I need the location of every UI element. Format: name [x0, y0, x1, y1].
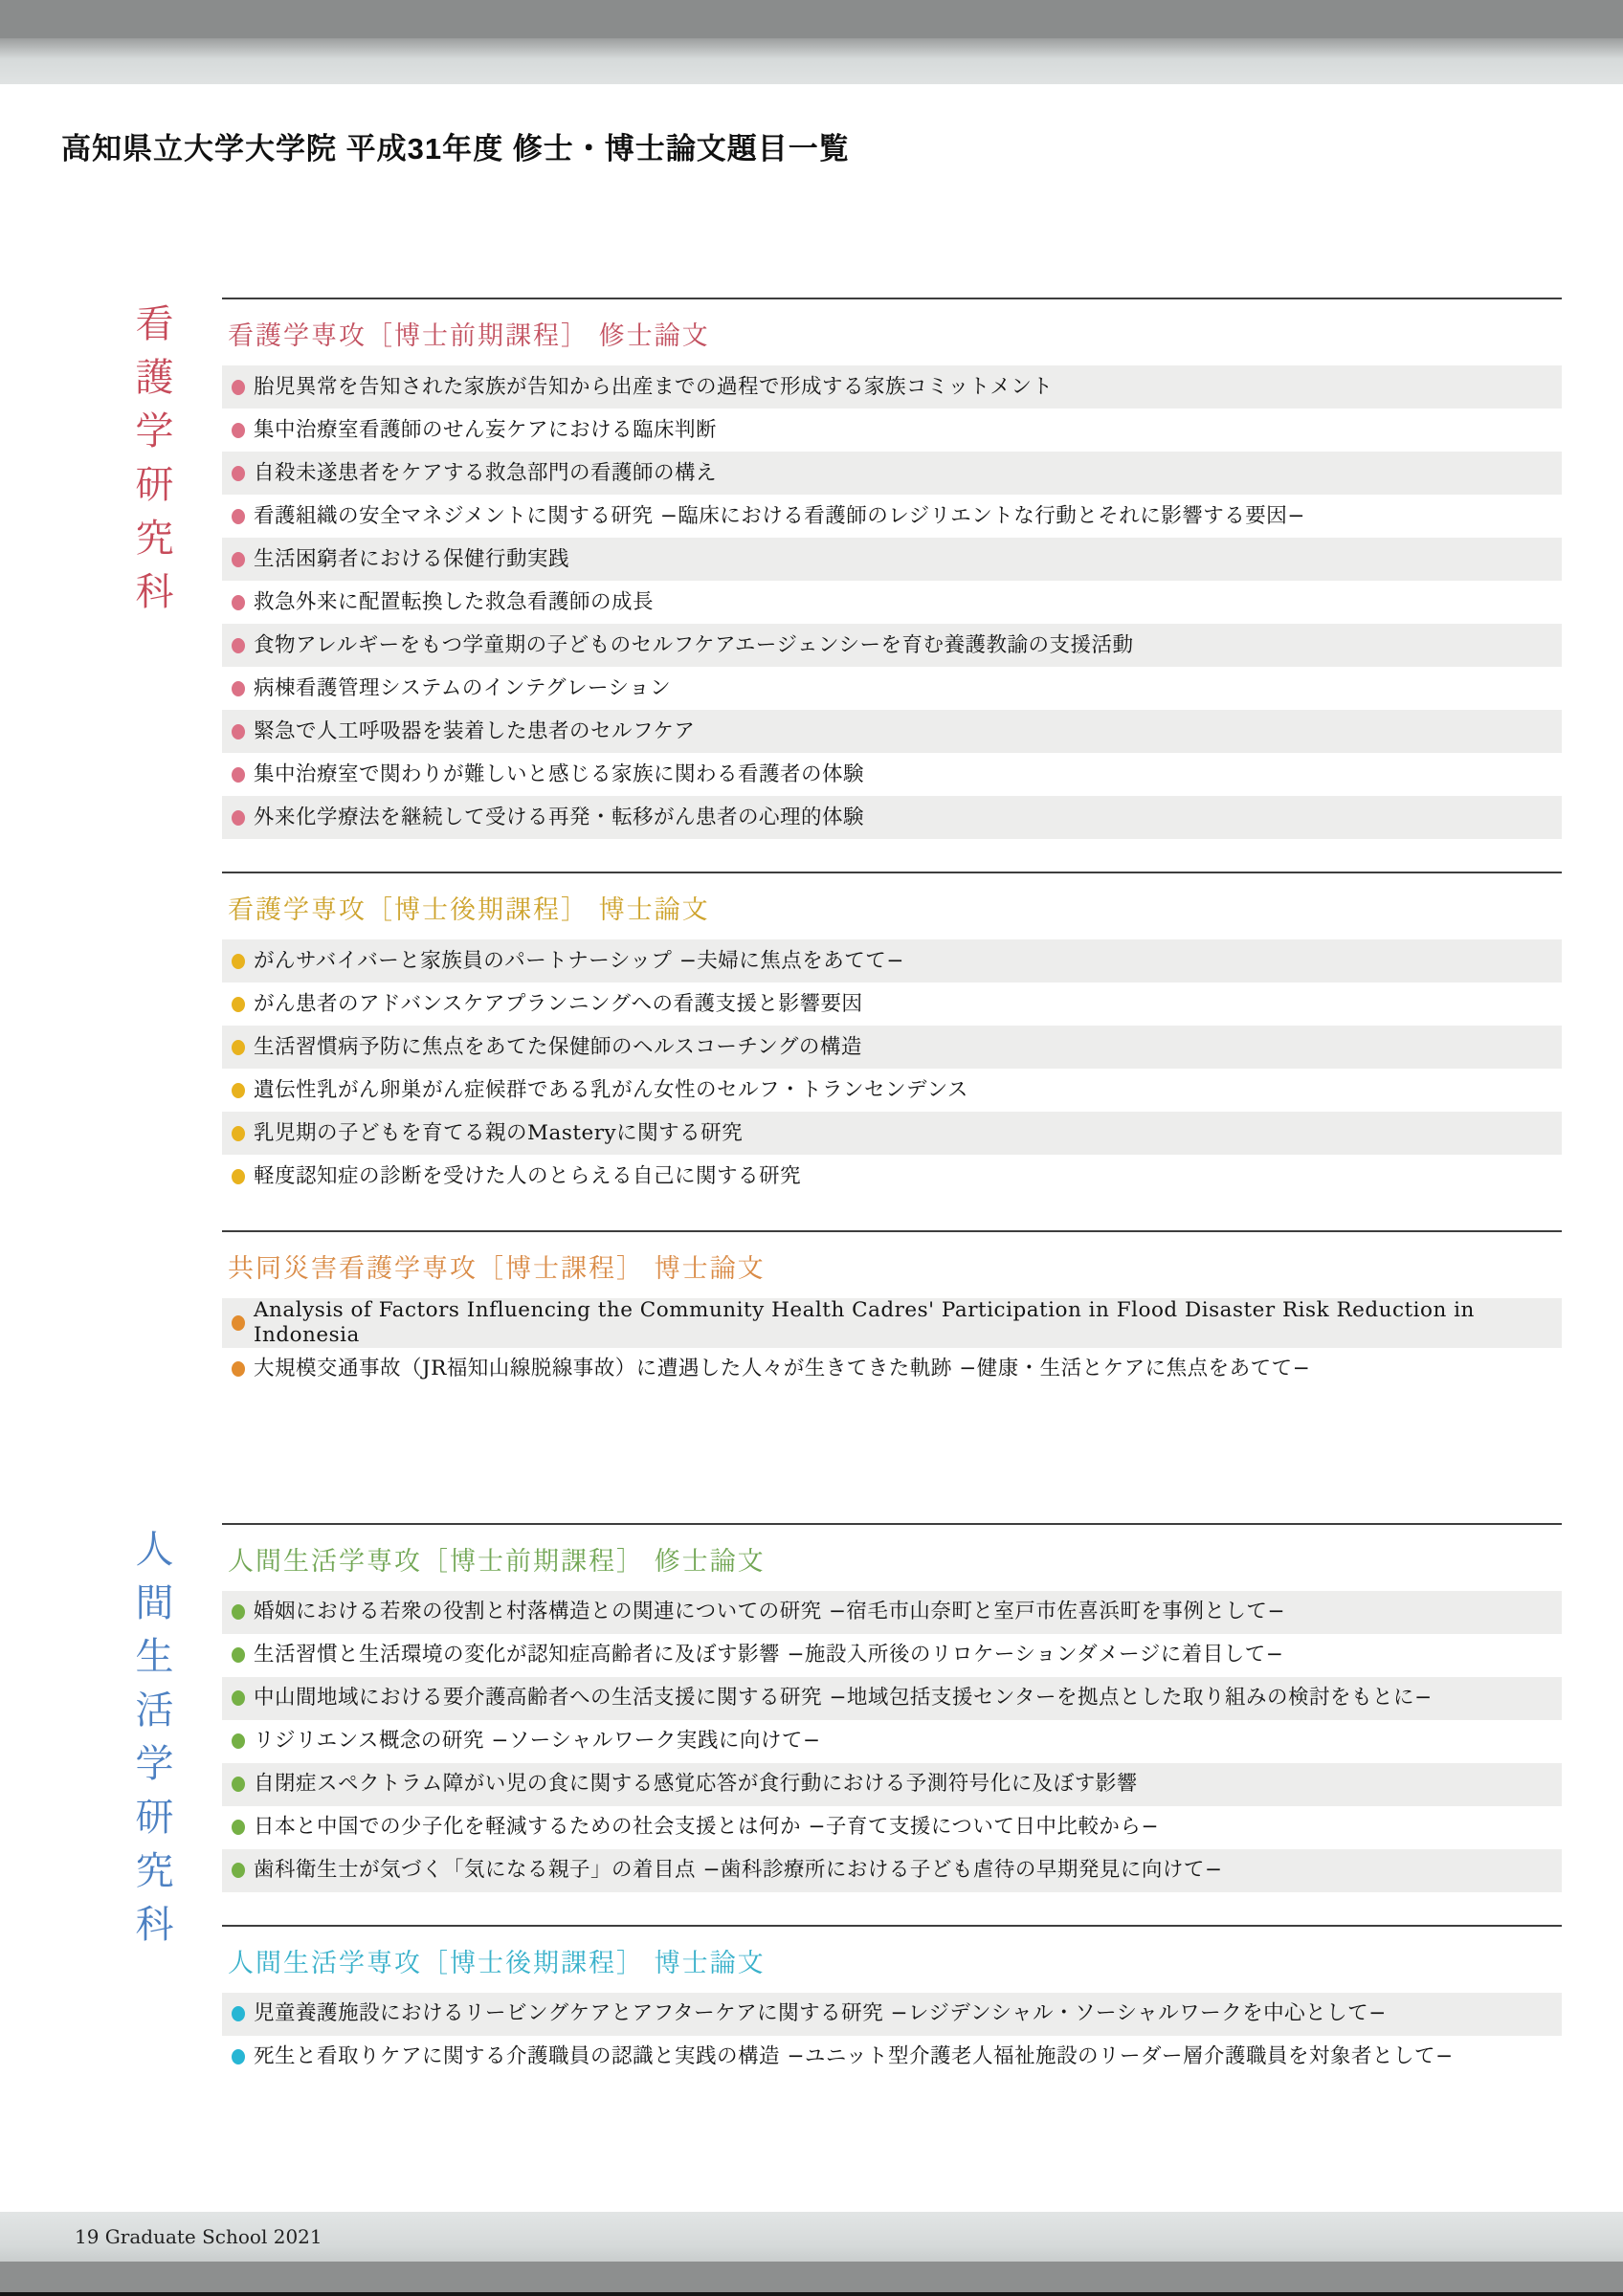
bullet-icon	[232, 423, 245, 438]
thesis-title-text: 自殺未遂患者をケアする救急部門の看護師の構え	[254, 461, 717, 486]
bullet-icon	[232, 724, 245, 740]
thesis-title-text: がん患者のアドバンスケアプランニングへの看護支援と影響要因	[254, 992, 863, 1017]
page-top-edge	[0, 38, 1623, 84]
thesis-row: がん患者のアドバンスケアプランニングへの看護支援と影響要因	[222, 982, 1562, 1026]
section-divider-line	[222, 298, 1562, 299]
research-group: 看護学研究科看護学専攻［博士前期課程］ 修士論文胎児異常を告知された家族が告知か…	[132, 298, 1623, 1424]
thesis-row: Analysis of Factors Influencing the Comm…	[222, 1298, 1562, 1348]
thesis-row: 集中治療室で関わりが難しいと感じる家族に関わる看護者の体験	[222, 753, 1562, 796]
thesis-title-text: 生活習慣病予防に焦点をあてた保健師のヘルスコーチングの構造	[254, 1035, 862, 1060]
thesis-title-text: がんサバイバーと家族員のパートナーシップ −夫婦に焦点をあてて−	[254, 949, 904, 974]
section-title: 共同災害看護学専攻［博士課程］ 博士論文	[228, 1247, 1562, 1285]
thesis-title-text: 日本と中国での少子化を軽減するための社会支援とは何か −子育て支援について日中比…	[254, 1815, 1159, 1840]
thesis-row: 自殺未遂患者をケアする救急部門の看護師の構え	[222, 452, 1562, 495]
thesis-row: 乳児期の子どもを育てる親のMasteryに関する研究	[222, 1112, 1562, 1155]
section-title: 看護学専攻［博士後期課程］ 博士論文	[228, 889, 1562, 926]
bullet-icon	[232, 1647, 245, 1663]
thesis-title-text: 死生と看取りケアに関する介護職員の認識と実践の構造 −ユニット型介護老人福祉施設…	[254, 2044, 1454, 2069]
thesis-section: 共同災害看護学専攻［博士課程］ 博士論文Analysis of Factors …	[222, 1230, 1562, 1391]
bullet-icon	[232, 380, 245, 395]
bullet-icon	[232, 1863, 245, 1878]
section-title: 看護学専攻［博士前期課程］ 修士論文	[228, 315, 1562, 352]
thesis-row: 中山間地域における要介護高齢者への生活支援に関する研究 −地域包括支援センターを…	[222, 1677, 1562, 1720]
thesis-title-text: 看護組織の安全マネジメントに関する研究 −臨床における看護師のレジリエントな行動…	[254, 504, 1305, 529]
section-divider-line	[222, 1230, 1562, 1232]
thesis-title-text: 食物アレルギーをもつ学童期の子どものセルフケアエージェンシーを育む養護教諭の支援…	[254, 633, 1134, 658]
bullet-icon	[232, 1315, 245, 1331]
group-sidebar: 人間生活学研究科	[132, 1523, 222, 2111]
thesis-title-text: 緊急で人工呼吸器を装着した患者のセルフケア	[254, 719, 695, 744]
sections-column: 看護学専攻［博士前期課程］ 修士論文胎児異常を告知された家族が告知から出産までの…	[222, 298, 1562, 1424]
thesis-title-text: 病棟看護管理システムのインテグレーション	[254, 676, 671, 701]
thesis-section: 看護学専攻［博士後期課程］ 博士論文がんサバイバーと家族員のパートナーシップ −…	[222, 872, 1562, 1198]
bullet-icon	[232, 466, 245, 481]
bullet-icon	[232, 2006, 245, 2021]
bullet-icon	[232, 681, 245, 696]
bullet-icon	[232, 1083, 245, 1098]
bullet-icon	[232, 1361, 245, 1377]
thesis-row: 病棟看護管理システムのインテグレーション	[222, 667, 1562, 710]
thesis-title-text: 外来化学療法を継続して受ける再発・転移がん患者の心理的体験	[254, 806, 864, 830]
thesis-title-text: 大規模交通事故（JR福知山線脱線事故）に遭遇した人々が生きてきた軌跡 −健康・生…	[254, 1357, 1310, 1381]
bullet-icon	[232, 552, 245, 567]
page-title: 高知県立大学大学院 平成31年度 修士・博士論文題目一覧	[61, 124, 1623, 167]
thesis-row: リジリエンス概念の研究 −ソーシャルワーク実践に向けて−	[222, 1720, 1562, 1763]
thesis-title-text: 集中治療室看護師のせん妄ケアにおける臨床判断	[254, 418, 717, 443]
thesis-title-text: 集中治療室で関わりが難しいと感じる家族に関わる看護者の体験	[254, 762, 864, 787]
document-page: 高知県立大学大学院 平成31年度 修士・博士論文題目一覧 看護学研究科看護学専攻…	[0, 124, 1623, 2111]
thesis-title-text: リジリエンス概念の研究 −ソーシャルワーク実践に向けて−	[254, 1729, 820, 1754]
research-group: 人間生活学研究科人間生活学専攻［博士前期課程］ 修士論文婚姻における若衆の役割と…	[132, 1523, 1623, 2111]
bullet-icon	[232, 767, 245, 783]
thesis-title-text: 救急外来に配置転換した救急看護師の成長	[254, 590, 654, 615]
thesis-row: 日本と中国での少子化を軽減するための社会支援とは何か −子育て支援について日中比…	[222, 1806, 1562, 1849]
thesis-title-text: Analysis of Factors Influencing the Comm…	[254, 1298, 1562, 1348]
thesis-title-text: 婚姻における若衆の役割と村落構造との関連についての研究 −宿毛市山奈町と室戸市佐…	[254, 1600, 1285, 1624]
thesis-title-text: 児童養護施設におけるリービングケアとアフターケアに関する研究 −レジデンシャル・…	[254, 2001, 1387, 2026]
thesis-row: 外来化学療法を継続して受ける再発・転移がん患者の心理的体験	[222, 796, 1562, 839]
thesis-row: 生活困窮者における保健行動実践	[222, 538, 1562, 581]
thesis-row: 大規模交通事故（JR福知山線脱線事故）に遭遇した人々が生きてきた軌跡 −健康・生…	[222, 1348, 1562, 1391]
bullet-icon	[232, 1733, 245, 1749]
thesis-section: 人間生活学専攻［博士前期課程］ 修士論文婚姻における若衆の役割と村落構造との関連…	[222, 1523, 1562, 1892]
scan-top-band	[0, 0, 1623, 38]
thesis-row: 歯科衛生士が気づく「気になる親子」の着目点 −歯科診療所における子ども虐待の早期…	[222, 1849, 1562, 1892]
section-title: 人間生活学専攻［博士後期課程］ 博士論文	[228, 1942, 1562, 1979]
thesis-groups: 看護学研究科看護学専攻［博士前期課程］ 修士論文胎児異常を告知された家族が告知か…	[0, 298, 1623, 2111]
thesis-title-text: 遺伝性乳がん卵巣がん症候群である乳がん女性のセルフ・トランセンデンス	[254, 1078, 968, 1103]
scan-bottom-band	[0, 2262, 1623, 2296]
thesis-row: 生活習慣病予防に焦点をあてた保健師のヘルスコーチングの構造	[222, 1026, 1562, 1069]
thesis-row: 食物アレルギーをもつ学童期の子どものセルフケアエージェンシーを育む養護教諭の支援…	[222, 624, 1562, 667]
thesis-row: 自閉症スペクトラム障がい児の食に関する感覚応答が食行動における予測符号化に及ぼす…	[222, 1763, 1562, 1806]
thesis-title-text: 軽度認知症の診断を受けた人のとらえる自己に関する研究	[254, 1164, 801, 1189]
bullet-icon	[232, 2049, 245, 2064]
bullet-icon	[232, 595, 245, 610]
section-divider-line	[222, 872, 1562, 873]
bullet-icon	[232, 1777, 245, 1792]
thesis-title-text: 胎児異常を告知された家族が告知から出産までの過程で形成する家族コミットメント	[254, 375, 1053, 400]
thesis-row: がんサバイバーと家族員のパートナーシップ −夫婦に焦点をあてて−	[222, 939, 1562, 982]
thesis-row: 婚姻における若衆の役割と村落構造との関連についての研究 −宿毛市山奈町と室戸市佐…	[222, 1591, 1562, 1634]
thesis-row: 軽度認知症の診断を受けた人のとらえる自己に関する研究	[222, 1155, 1562, 1198]
thesis-row: 胎児異常を告知された家族が告知から出産までの過程で形成する家族コミットメント	[222, 365, 1562, 408]
section-divider-line	[222, 1523, 1562, 1525]
bullet-icon	[232, 1040, 245, 1055]
bullet-icon	[232, 810, 245, 826]
bullet-icon	[232, 1169, 245, 1184]
sections-column: 人間生活学専攻［博士前期課程］ 修士論文婚姻における若衆の役割と村落構造との関連…	[222, 1523, 1562, 2111]
bullet-icon	[232, 997, 245, 1012]
bullet-icon	[232, 954, 245, 969]
thesis-title-text: 歯科衛生士が気づく「気になる親子」の着目点 −歯科診療所における子ども虐待の早期…	[254, 1858, 1222, 1883]
thesis-row: 児童養護施設におけるリービングケアとアフターケアに関する研究 −レジデンシャル・…	[222, 1993, 1562, 2036]
page-number-footer: 19 Graduate School 2021	[75, 2225, 322, 2248]
sidebar-vertical-label: 人間生活学研究科	[132, 1529, 170, 1957]
section-title: 人間生活学専攻［博士前期課程］ 修士論文	[228, 1540, 1562, 1578]
thesis-row: 遺伝性乳がん卵巣がん症候群である乳がん女性のセルフ・トランセンデンス	[222, 1069, 1562, 1112]
thesis-row: 集中治療室看護師のせん妄ケアにおける臨床判断	[222, 408, 1562, 452]
thesis-row: 緊急で人工呼吸器を装着した患者のセルフケア	[222, 710, 1562, 753]
group-sidebar: 看護学研究科	[132, 298, 222, 1424]
thesis-row: 看護組織の安全マネジメントに関する研究 −臨床における看護師のレジリエントな行動…	[222, 495, 1562, 538]
bullet-icon	[232, 1126, 245, 1141]
sidebar-vertical-label: 看護学研究科	[132, 303, 170, 625]
section-divider-line	[222, 1925, 1562, 1927]
bullet-icon	[232, 509, 245, 524]
thesis-section: 看護学専攻［博士前期課程］ 修士論文胎児異常を告知された家族が告知から出産までの…	[222, 298, 1562, 839]
bullet-icon	[232, 1604, 245, 1620]
thesis-title-text: 中山間地域における要介護高齢者への生活支援に関する研究 −地域包括支援センターを…	[254, 1686, 1433, 1711]
thesis-title-text: 生活習慣と生活環境の変化が認知症高齢者に及ぼす影響 −施設入所後のリロケーション…	[254, 1643, 1283, 1667]
bullet-icon	[232, 638, 245, 653]
thesis-row: 生活習慣と生活環境の変化が認知症高齢者に及ぼす影響 −施設入所後のリロケーション…	[222, 1634, 1562, 1677]
page-footer-strip: 19 Graduate School 2021	[0, 2212, 1623, 2262]
thesis-row: 死生と看取りケアに関する介護職員の認識と実践の構造 −ユニット型介護老人福祉施設…	[222, 2036, 1562, 2079]
thesis-row: 救急外来に配置転換した救急看護師の成長	[222, 581, 1562, 624]
thesis-title-text: 生活困窮者における保健行動実践	[254, 547, 569, 572]
thesis-section: 人間生活学専攻［博士後期課程］ 博士論文児童養護施設におけるリービングケアとアフ…	[222, 1925, 1562, 2079]
thesis-title-text: 自閉症スペクトラム障がい児の食に関する感覚応答が食行動における予測符号化に及ぼす…	[254, 1772, 1138, 1797]
thesis-title-text: 乳児期の子どもを育てる親のMasteryに関する研究	[254, 1121, 743, 1146]
bullet-icon	[232, 1820, 245, 1835]
bullet-icon	[232, 1690, 245, 1706]
